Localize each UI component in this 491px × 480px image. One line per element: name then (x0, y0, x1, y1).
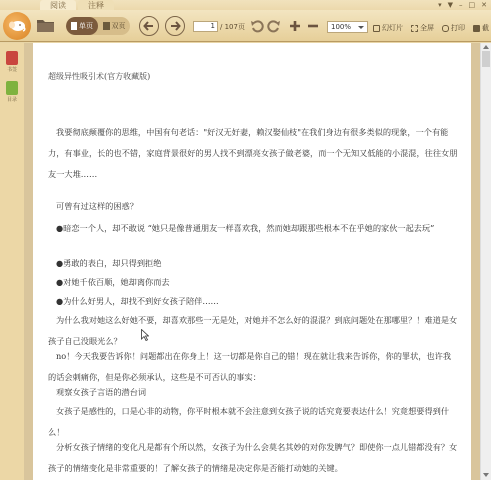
paragraph: 分析女孩子情绪的变化凡是都有个所以然，女孩子为什么会莫名其妙的对你发脾气？即使你… (48, 437, 458, 479)
slideshow-icon (373, 25, 380, 32)
toolbar: 单页 双页 1 / 107页 100% 幻灯片 全屏 打印 (0, 10, 491, 42)
window-controls: ▾ ▼ – □ ✕ (438, 1, 487, 9)
close-icon[interactable]: ✕ (481, 1, 487, 9)
skin-icon[interactable]: ▼ (448, 1, 453, 9)
screenshot-button[interactable]: 截 (473, 23, 489, 33)
printer-icon (442, 25, 449, 32)
elephant-logo-icon (8, 19, 26, 33)
document-title: 超级异性吸引术(官方收藏版) (48, 71, 150, 82)
right-page-gutter (471, 43, 480, 480)
double-page-icon (103, 22, 110, 30)
zoom-out-icon[interactable] (306, 19, 320, 33)
maximize-icon[interactable]: □ (469, 1, 476, 9)
view-mode-toggle: 单页 双页 (66, 17, 130, 35)
rotate-right-icon[interactable] (267, 19, 281, 33)
arrow-left-icon (143, 20, 155, 32)
bookmark-icon (6, 51, 18, 65)
arrow-right-icon (169, 20, 181, 32)
print-button[interactable]: 打印 (442, 23, 465, 33)
fullscreen-button[interactable]: 全屏 (411, 23, 434, 33)
slideshow-button[interactable]: 幻灯片 (373, 23, 403, 33)
sidebar-item-bookmarks[interactable]: 书签 (3, 51, 21, 73)
rotate-left-icon[interactable] (250, 19, 264, 33)
side-nav: 书签 目录 (0, 43, 24, 480)
vertical-scrollbar[interactable] (480, 43, 491, 480)
paragraph-heading: 观察女孩子言语的潜台词 (48, 382, 458, 403)
toc-icon (6, 81, 18, 95)
fullscreen-icon (411, 25, 418, 32)
open-folder-icon[interactable] (37, 18, 54, 32)
total-pages: / 107页 (220, 22, 245, 32)
pin-icon[interactable]: ▾ (438, 1, 442, 9)
list-item: ●为什么好男人，却找不到好女孩子陪伴…… (48, 291, 458, 312)
mouse-cursor-icon (141, 329, 149, 341)
single-page-button[interactable]: 单页 (66, 17, 98, 35)
list-item: ●对她千依百顺，她却离你而去 (48, 272, 458, 293)
previous-page-button[interactable] (139, 16, 159, 36)
chevron-down-icon (358, 26, 364, 29)
list-item: ●勇敢的表白，却只得到拒绝 (48, 253, 458, 274)
left-page-gutter (24, 43, 33, 480)
screenshot-icon (473, 25, 480, 32)
scroll-up-icon[interactable] (483, 45, 489, 49)
scroll-down-icon[interactable] (483, 473, 489, 477)
zoom-level-select[interactable]: 100% (327, 21, 368, 33)
sidebar-item-toc[interactable]: 目录 (3, 81, 21, 103)
app-logo[interactable] (3, 12, 31, 40)
document-page: 超级异性吸引术(官方收藏版) 我要彻底颠覆你的思维，中国有句老话："好汉无好妻，… (33, 43, 471, 480)
page-number-input[interactable]: 1 (193, 21, 218, 32)
scroll-thumb[interactable] (482, 51, 490, 67)
paragraph: 我要彻底颠覆你的思维，中国有句老话："好汉无好妻，赖汉娶仙枝"在我们身边有很多类… (48, 122, 458, 185)
paragraph: ●暗恋一个人，却不敢说 “她只是像普通朋友一样喜欢我，然而她却跟那些根本不在乎她… (48, 218, 458, 239)
next-page-button[interactable] (165, 16, 185, 36)
minimize-icon[interactable]: – (459, 1, 463, 9)
single-page-icon (71, 22, 77, 30)
paragraph: 可曾有过这样的困惑？ (48, 196, 458, 217)
zoom-in-icon[interactable] (288, 19, 302, 33)
double-page-button[interactable]: 双页 (98, 17, 130, 35)
